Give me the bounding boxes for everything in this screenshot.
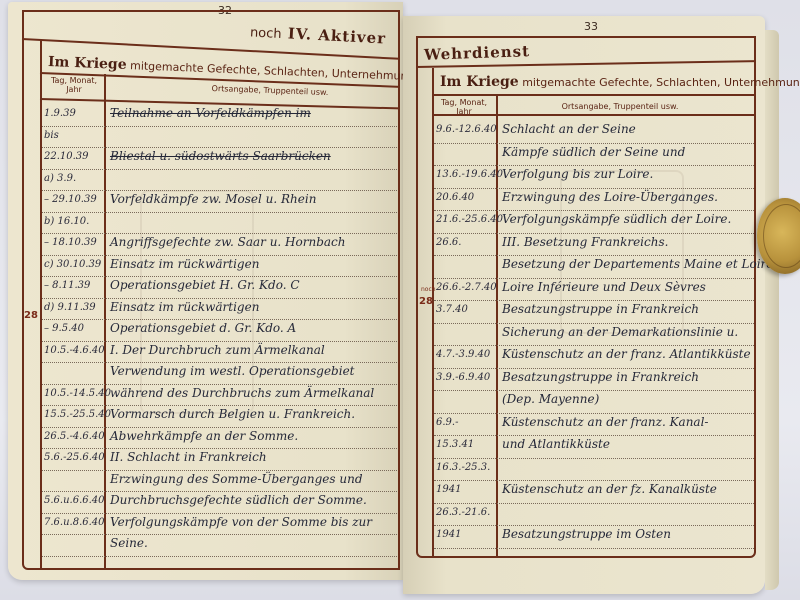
row-dotted-rule xyxy=(434,548,754,549)
section-rest: mitgemachte Gefechte, Schlachten, Untern… xyxy=(522,76,800,89)
entry-date: 3.7.40 xyxy=(436,304,468,315)
entry-text: Vorfeldkämpfe zw. Mosel u. Rhein xyxy=(110,192,316,206)
row-dotted-rule xyxy=(434,323,754,324)
right-margin-number: 28 xyxy=(419,296,433,307)
row-dotted-rule xyxy=(434,210,754,211)
row-dotted-rule xyxy=(42,147,397,148)
entry-date: 5.6.-25.6.40 xyxy=(44,452,105,463)
entry-date: 9.6.-12.6.40 xyxy=(436,124,497,135)
right-col-place-header: Ortsangabe, Truppenteil usw. xyxy=(520,102,720,111)
row-dotted-rule xyxy=(42,255,397,256)
row-dotted-rule xyxy=(42,319,397,320)
row-dotted-rule xyxy=(434,413,754,414)
entry-text: Abwehrkämpfe an der Somme. xyxy=(110,429,298,443)
row-dotted-rule xyxy=(42,212,397,213)
entry-text: Verfolgungskämpfe von der Somme bis zur xyxy=(110,515,372,529)
entry-text: Besetzung der Departements Maine et Loir… xyxy=(502,257,777,271)
row-dotted-rule xyxy=(42,405,397,406)
left-col-date-header: Tag, Monat, Jahr xyxy=(44,76,104,94)
row-dotted-rule xyxy=(42,362,397,363)
row-dotted-rule xyxy=(42,448,397,449)
entry-text: Besatzungstruppe im Osten xyxy=(502,527,671,541)
entry-text: Vormarsch durch Belgien u. Frankreich. xyxy=(110,407,355,421)
entry-date: 26.3.-21.6. xyxy=(436,507,490,518)
row-dotted-rule xyxy=(434,368,754,369)
right-header-rule xyxy=(432,114,756,116)
entry-text: Küstenschutz an der franz. Atlantikküste xyxy=(502,347,751,361)
row-dotted-rule xyxy=(42,169,397,170)
right-heading-rule xyxy=(432,94,756,96)
right-section-heading: Im Kriege mitgemachte Gefechte, Schlacht… xyxy=(440,74,800,90)
entry-date: 10.5.-4.6.40 xyxy=(44,345,105,356)
entry-text: Angriffsgefechte zw. Saar u. Hornbach xyxy=(110,235,346,249)
entry-date: c) 30.10.39 xyxy=(44,259,101,270)
entry-text: Einsatz im rückwärtigen xyxy=(110,257,259,271)
entry-date: 5.6.u.6.6.40 xyxy=(44,495,105,506)
entry-date: 15.5.-25.5.40 xyxy=(44,409,111,420)
entry-text: Loire Inférieure und Deux Sèvres xyxy=(502,280,706,294)
entry-date: a) 3.9. xyxy=(44,173,76,184)
row-dotted-rule xyxy=(42,341,397,342)
right-margin-prefix: noch xyxy=(421,286,436,293)
right-page-title: Wehrdienst xyxy=(424,42,531,64)
entry-text: Küstenschutz an der fz. Kanalküste xyxy=(502,482,717,496)
entry-date: 6.9.- xyxy=(436,417,458,428)
entry-text: während des Durchbruchs zum Ärmelkanal xyxy=(110,386,374,400)
entry-date: 13.6.-19.6.40 xyxy=(436,169,503,180)
entry-date: b) 16.10. xyxy=(44,216,89,227)
row-dotted-rule xyxy=(434,345,754,346)
row-dotted-rule xyxy=(434,300,754,301)
entry-text: Bliestal u. südostwärts Saarbrücken xyxy=(110,149,331,163)
entry-text: I. Der Durchbruch zum Ärmelkanal xyxy=(110,343,325,357)
right-col-divider xyxy=(496,94,498,558)
entry-date: 10.5.-14.5.40 xyxy=(44,388,111,399)
entry-date: 26.6.-2.7.40 xyxy=(436,282,497,293)
row-dotted-rule xyxy=(434,435,754,436)
row-dotted-rule xyxy=(434,525,754,526)
row-dotted-rule xyxy=(42,126,397,127)
entry-date: 26.6. xyxy=(436,237,461,248)
entry-date: 7.6.u.8.6.40 xyxy=(44,517,105,528)
section-bold: Im Kriege xyxy=(440,74,519,90)
entry-date: – 18.10.39 xyxy=(44,237,97,248)
entry-date: 22.10.39 xyxy=(44,151,89,162)
entry-text: Besatzungstruppe in Frankreich xyxy=(502,302,699,316)
entry-text: Sicherung an der Demarkationslinie u. xyxy=(502,325,738,339)
entry-date: – 8.11.39 xyxy=(44,280,90,291)
entry-text: Operationsgebiet H. Gr. Kdo. C xyxy=(110,278,300,292)
entry-text: Einsatz im rückwärtigen xyxy=(110,300,259,314)
entry-text: Erzwingung des Loire-Überganges. xyxy=(502,190,718,204)
right-margin-rule xyxy=(432,68,434,558)
row-dotted-rule xyxy=(42,556,397,557)
row-dotted-rule xyxy=(434,278,754,279)
entry-date: d) 9.11.39 xyxy=(44,302,96,313)
entry-date: 15.3.41 xyxy=(436,439,474,450)
row-dotted-rule xyxy=(434,165,754,166)
entry-date: 21.6.-25.6.40 xyxy=(436,214,503,225)
entry-text: Kämpfe südlich der Seine und xyxy=(502,145,685,159)
left-margin-number: 28 xyxy=(24,310,38,321)
entry-date: bis xyxy=(44,130,59,141)
entry-date: 16.3.-25.3. xyxy=(436,462,490,473)
row-dotted-rule xyxy=(42,470,397,471)
row-dotted-rule xyxy=(434,188,754,189)
row-dotted-rule xyxy=(42,298,397,299)
entry-text: III. Besetzung Frankreichs. xyxy=(502,235,668,249)
row-dotted-rule xyxy=(42,491,397,492)
entry-text: Erzwingung des Somme-Überganges und xyxy=(110,472,363,486)
entry-text: Verfolgungskämpfe südlich der Loire. xyxy=(502,212,731,226)
row-dotted-rule xyxy=(42,534,397,535)
entry-text: Schlacht an der Seine xyxy=(502,122,636,136)
row-dotted-rule xyxy=(434,458,754,459)
row-dotted-rule xyxy=(434,480,754,481)
entry-text: Besatzungstruppe in Frankreich xyxy=(502,370,699,384)
row-dotted-rule xyxy=(434,233,754,234)
row-dotted-rule xyxy=(42,384,397,385)
row-dotted-rule xyxy=(434,255,754,256)
entry-text: Seine. xyxy=(110,536,148,550)
row-dotted-rule xyxy=(434,503,754,504)
right-page-number: 33 xyxy=(584,20,598,33)
entry-date: 1941 xyxy=(436,529,461,540)
book-edge xyxy=(765,30,779,590)
row-dotted-rule xyxy=(42,190,397,191)
entry-text: (Dep. Mayenne) xyxy=(502,392,599,406)
entry-date: 1941 xyxy=(436,484,461,495)
row-dotted-rule xyxy=(42,276,397,277)
entry-text: Operationsgebiet d. Gr. Kdo. A xyxy=(110,321,296,335)
row-dotted-rule xyxy=(434,143,754,144)
section-bold: Im Kriege xyxy=(48,54,127,73)
entry-text: II. Schlacht in Frankreich xyxy=(110,450,267,464)
entry-date: 1.9.39 xyxy=(44,108,76,119)
entry-text: Durchbruchsgefechte südlich der Somme. xyxy=(110,493,367,507)
entry-text: Teilnahme an Vorfeldkämpfen im xyxy=(110,106,311,120)
entry-date: 4.7.-3.9.40 xyxy=(436,349,490,360)
row-dotted-rule xyxy=(42,513,397,514)
title-prefix: noch xyxy=(250,25,282,42)
entry-date: 3.9.-6.9.40 xyxy=(436,372,490,383)
entry-date: 26.5.-4.6.40 xyxy=(44,431,105,442)
entry-date: – 29.10.39 xyxy=(44,194,97,205)
entry-date: – 9.5.40 xyxy=(44,323,84,334)
entry-text: und Atlantikküste xyxy=(502,437,610,451)
entry-date: 20.6.40 xyxy=(436,192,474,203)
row-dotted-rule xyxy=(42,427,397,428)
entry-text: Küstenschutz an der franz. Kanal- xyxy=(502,415,708,429)
row-dotted-rule xyxy=(42,233,397,234)
row-dotted-rule xyxy=(434,390,754,391)
entry-text: Verwendung im westl. Operationsgebiet xyxy=(110,364,355,378)
entry-text: Verfolgung bis zur Loire. xyxy=(502,167,653,181)
